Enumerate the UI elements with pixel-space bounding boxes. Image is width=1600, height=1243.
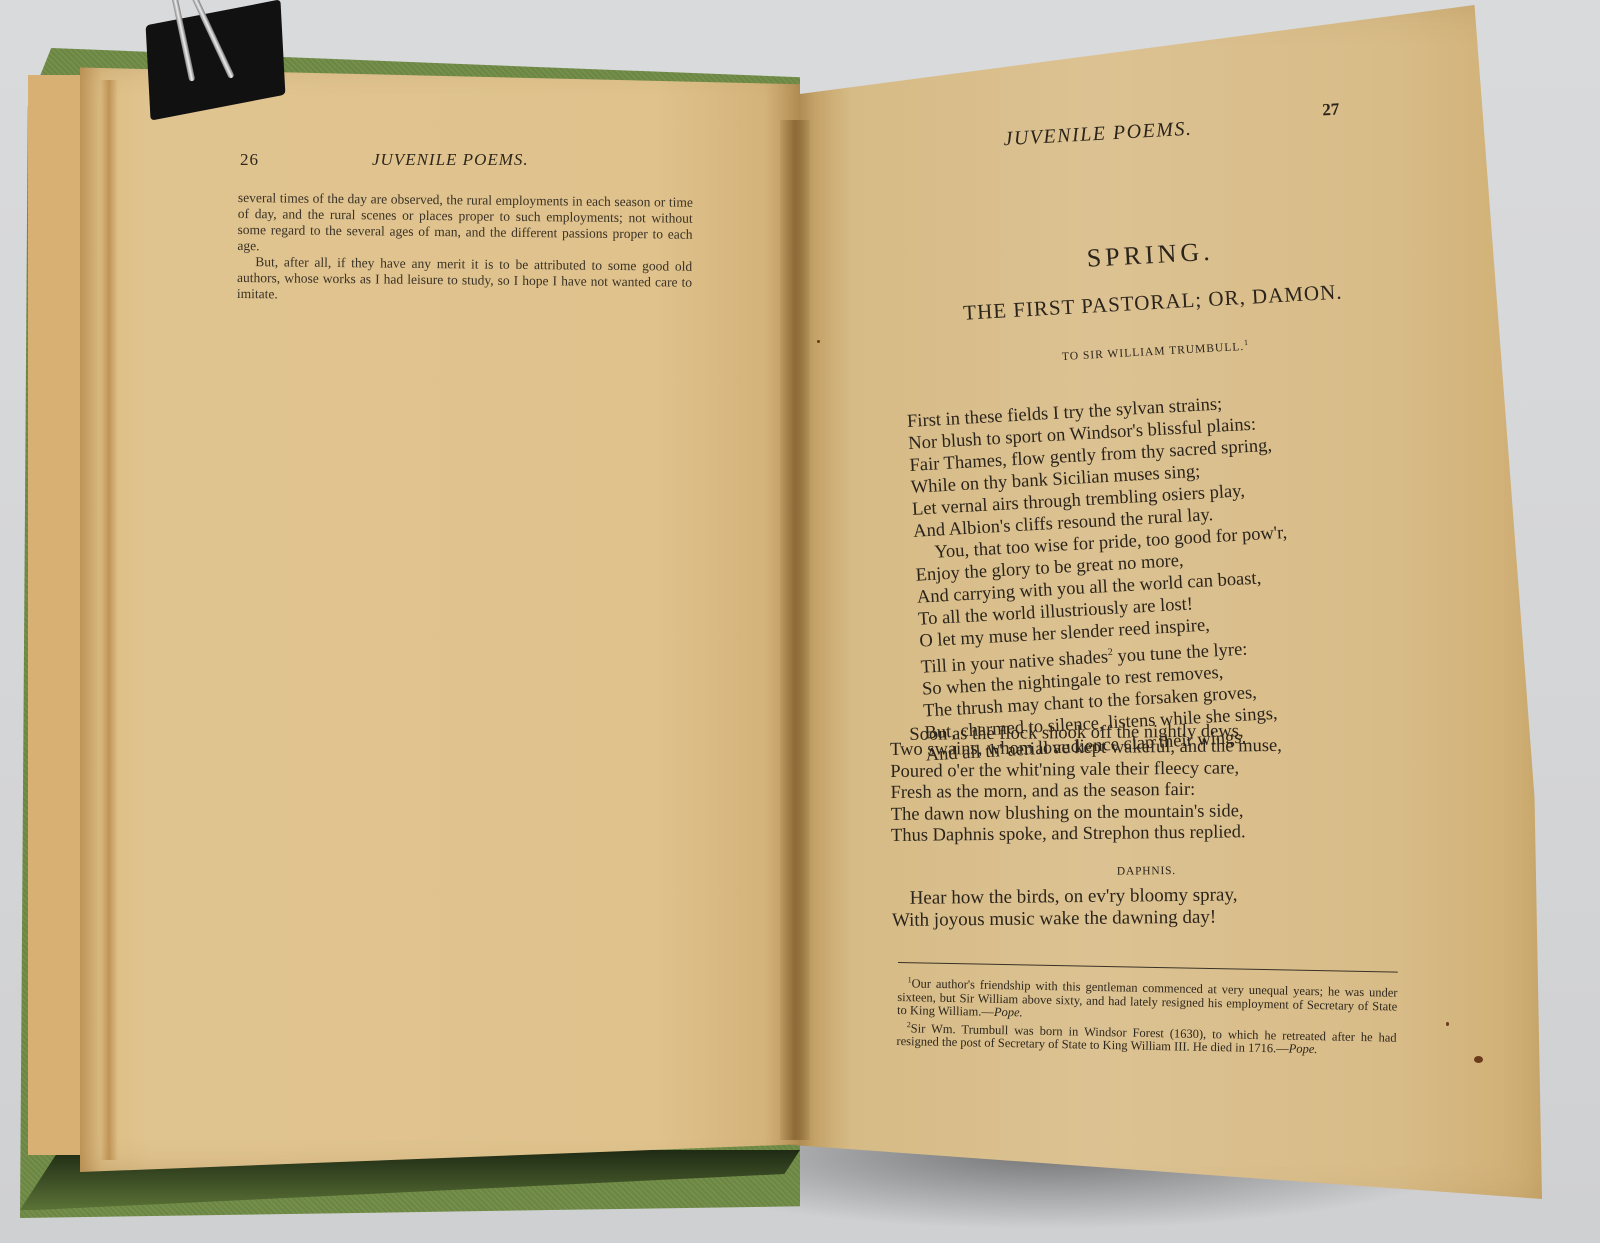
footnote-attribution: Pope.	[1289, 1042, 1318, 1057]
left-page-body: several times of the day are observed, t…	[237, 190, 693, 307]
page-stain	[100, 80, 118, 1160]
poem-title: SPRING.	[890, 226, 1411, 285]
footnote-mark: 1	[1244, 338, 1249, 347]
footnote-text: Our author's friendship with this gentle…	[897, 976, 1398, 1019]
footnotes: 1Our author's friendship with this gentl…	[896, 962, 1398, 1058]
verse-stanza: Two swains, whom love kept wakeful, and …	[890, 735, 1401, 848]
book-gutter	[780, 120, 810, 1140]
verse-stanza: First in these fields I try the sylvan s…	[907, 383, 1426, 767]
speaker-heading: DAPHNIS.	[891, 862, 1401, 879]
dedication-text: TO SIR WILLIAM TRUMBULL.	[1062, 341, 1245, 363]
running-head-title: JUVENILE POEMS.	[1003, 118, 1193, 152]
page-number-left: 26	[240, 150, 259, 170]
verse-stanza: Hear how the birds, on ev'ry bloomy spra…	[892, 882, 1402, 931]
paragraph: several times of the day are observed, t…	[237, 190, 693, 259]
foxing-spot	[1474, 1056, 1483, 1063]
page-number-right: 27	[1322, 99, 1340, 120]
foxing-spot	[1446, 1022, 1449, 1026]
running-head-title: JUVENILE POEMS.	[372, 150, 529, 170]
verse-line: Thus Daphnis spoke, and Strephon thus re…	[891, 821, 1401, 848]
dedication: TO SIR WILLIAM TRUMBULL.1	[896, 329, 1416, 373]
right-page-verse-continued: Two swains, whom love kept wakeful, and …	[890, 735, 1402, 932]
paragraph: But, after all, if they have any merit i…	[237, 254, 692, 307]
poem-subtitle: THE FIRST PASTORAL; OR, DAMON.	[893, 276, 1414, 330]
footnote-attribution: Pope.	[994, 1005, 1023, 1020]
foxing-spot	[817, 340, 820, 343]
